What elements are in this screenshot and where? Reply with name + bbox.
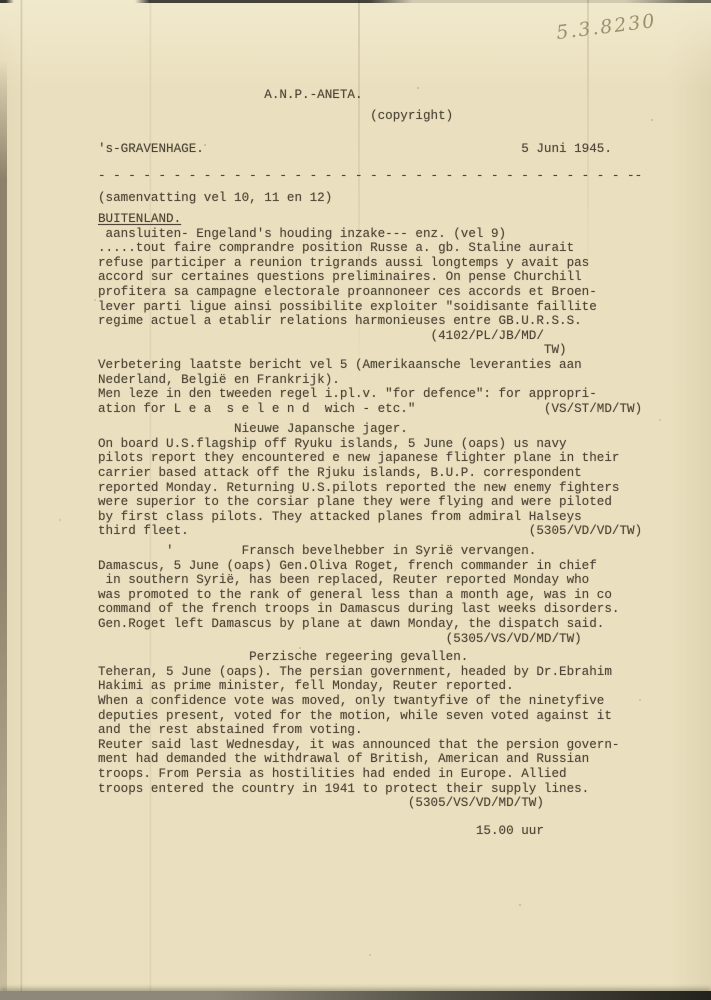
document-line: was promoted to the rank of general less… <box>98 588 642 603</box>
press-code: TW) <box>98 343 642 358</box>
document-line: Gen.Roget left Damascus by plane at dawn… <box>98 617 642 632</box>
separator-dashes: - - - - - - - - - - - - - - - - - - - - … <box>98 169 642 184</box>
document-line: Reuter said last Wednesday, it was annou… <box>98 738 642 753</box>
document-line: troops. From Persia as hostilities had e… <box>98 767 642 782</box>
press-code: (5305/VS/VD/MD/TW) <box>98 796 642 811</box>
document-line: ation for L e a s e l e n d wich - etc."… <box>98 402 642 417</box>
section-heading-buitenland: BUITENLAND. <box>98 212 642 227</box>
document-line: On board U.S.flagship off Ryuku islands,… <box>98 437 642 452</box>
scanned-paper-sheet: 5.3.8230 A.N.P.-ANETA. (copyright)'s-GRA… <box>0 0 711 1000</box>
document-line: Men leze in den tweeden regel i.pl.v. "f… <box>98 387 642 402</box>
document-line: Damascus, 5 June (oaps) Gen.Oliva Roget,… <box>98 559 642 574</box>
document-line: lever parti ligue ainsi possibilite expl… <box>98 300 642 315</box>
press-code: third fleet. (5305/VD/VD/TW) <box>98 524 642 539</box>
document-line: Hakimi as prime minister, fell Monday, R… <box>98 679 642 694</box>
heading-perzische-regeering: Perzische regeering gevallen. <box>98 650 642 665</box>
document-line: Verbetering laatste bericht vel 5 (Ameri… <box>98 358 642 373</box>
document-line: regime actuel a etablir relations harmon… <box>98 314 642 329</box>
handwritten-archive-number: 5.3.8230 <box>555 10 658 44</box>
document-line: and the rest abstained from voting. <box>98 723 642 738</box>
scan-edge-left <box>0 0 7 1000</box>
scan-edge-bottom <box>0 991 711 1000</box>
dateline: 's-GRAVENHAGE. 5 Juni 1945. <box>98 142 642 157</box>
continuation-note: aansluiten- Engeland's houding inzake---… <box>98 227 642 242</box>
document-line: Teheran, 5 June (oaps). The persian gove… <box>98 665 642 680</box>
document-line: ment had demanded the withdrawal of Brit… <box>98 752 642 767</box>
document-line: were superior to the corsiar plane they … <box>98 495 642 510</box>
document-line: accord sur certaines questions prelimina… <box>98 270 642 285</box>
document-line: command of the french troops in Damascus… <box>98 602 642 617</box>
typewritten-text: A.N.P.-ANETA. (copyright)'s-GRAVENHAGE. … <box>98 88 642 838</box>
heading-fransch-bevelhebber: ' Fransch bevelhebber in Syrië vervangen… <box>98 544 642 559</box>
document-line: carrier based attack off the Rjuku islan… <box>98 466 642 481</box>
heading-nieuwe-japansche-jager: Nieuwe Japansche jager. <box>98 422 642 437</box>
press-code: (5305/VS/VD/MD/TW) <box>98 632 642 647</box>
press-code: (4102/PL/JB/MD/ <box>98 329 642 344</box>
document-line: troops entered the country in 1941 to pr… <box>98 782 642 797</box>
agency-title: A.N.P.-ANETA. <box>98 88 642 103</box>
timestamp: 15.00 uur <box>98 824 642 839</box>
document-line: pilots report they encountered e new jap… <box>98 451 642 466</box>
document-line: profitera sa campagne electorale proanno… <box>98 285 642 300</box>
document-line: When a confidence vote was moved, only t… <box>98 694 642 709</box>
document-line: reported Monday. Returning U.S.pilots re… <box>98 481 642 496</box>
document-line: refuse participer a reunion trigrands au… <box>98 256 642 271</box>
document-line: deputies present, voted for the motion, … <box>98 709 642 724</box>
document-line: .....tout faire comprandre position Russ… <box>98 241 642 256</box>
summary-note: (samenvatting vel 10, 11 en 12) <box>98 191 642 206</box>
scan-edge-top <box>0 0 711 3</box>
document-line: in southern Syrië, has been replaced, Re… <box>98 573 642 588</box>
fold-crease <box>20 0 23 1000</box>
document-line: by first class pilots. They attacked pla… <box>98 510 642 525</box>
document-line: Nederland, België en Frankrijk). <box>98 373 642 388</box>
copyright-line: (copyright) <box>98 109 642 124</box>
